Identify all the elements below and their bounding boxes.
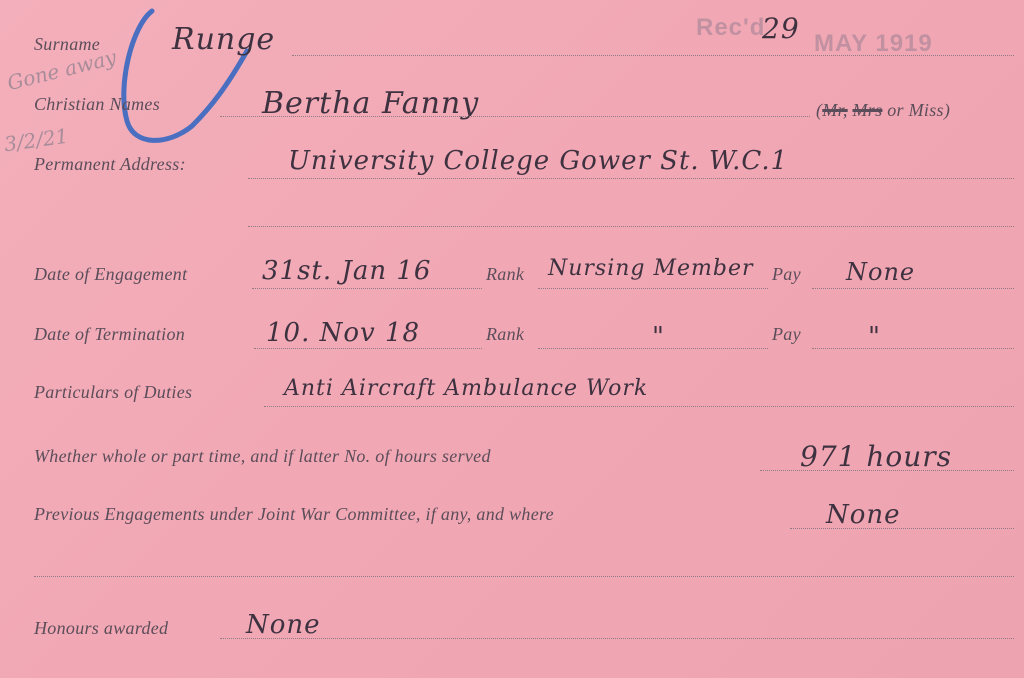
surname-line — [292, 55, 1014, 56]
title-mr-struck: Mr, — [822, 100, 847, 120]
previous-engagements-value: None — [826, 500, 901, 530]
pencil-note-date: 3/2/21 — [3, 124, 70, 157]
previous-engagements-line-2 — [34, 576, 1014, 577]
received-stamp-day: 29 — [762, 12, 800, 45]
engagement-pay-value: None — [846, 258, 915, 286]
termination-date-line — [254, 348, 482, 349]
record-card: Rec'd 29 MAY 1919 Gone away 3/2/21 Surna… — [0, 0, 1024, 678]
engagement-pay-label: Pay — [772, 264, 801, 285]
honours-value: None — [246, 610, 321, 640]
surname-value: Runge — [172, 22, 275, 57]
engagement-pay-line — [812, 288, 1014, 289]
previous-engagements-label: Previous Engagements under Joint War Com… — [34, 504, 554, 525]
termination-pay-line — [812, 348, 1014, 349]
engagement-date-line — [252, 288, 482, 289]
received-stamp-prefix: Rec'd — [696, 14, 765, 42]
title-mrs-struck: Mrs — [853, 100, 883, 120]
duties-line — [264, 406, 1014, 407]
christian-names-label: Christian Names — [34, 94, 160, 115]
permanent-address-label: Permanent Address: — [34, 154, 186, 175]
title-options: (Mr, Mrs or Miss) — [816, 100, 950, 121]
surname-label: Surname — [34, 34, 100, 55]
duties-label: Particulars of Duties — [34, 382, 192, 403]
address-line-1 — [248, 178, 1014, 179]
engagement-date-label: Date of Engagement — [34, 264, 187, 285]
engagement-rank-line — [538, 288, 768, 289]
termination-date-value: 10. Nov 18 — [266, 318, 420, 348]
received-stamp-date: MAY 1919 — [814, 30, 933, 58]
termination-rank-line — [538, 348, 768, 349]
engagement-date-value: 31st. Jan 16 — [262, 256, 431, 286]
address-line-2 — [248, 226, 1014, 227]
honours-label: Honours awarded — [34, 618, 168, 639]
engagement-rank-value: Nursing Member — [548, 256, 754, 281]
hours-value: 971 hours — [800, 440, 952, 473]
termination-rank-label: Rank — [486, 324, 524, 345]
honours-line — [220, 638, 1014, 639]
permanent-address-value: University College Gower St. W.C.1 — [288, 146, 788, 176]
hours-line — [760, 470, 1014, 471]
engagement-rank-label: Rank — [486, 264, 524, 285]
previous-engagements-line — [790, 528, 1014, 529]
christian-names-line — [220, 116, 810, 117]
hours-label: Whether whole or part time, and if latte… — [34, 446, 491, 467]
duties-value: Anti Aircraft Ambulance Work — [284, 376, 648, 401]
termination-pay-label: Pay — [772, 324, 801, 345]
termination-date-label: Date of Termination — [34, 324, 185, 345]
